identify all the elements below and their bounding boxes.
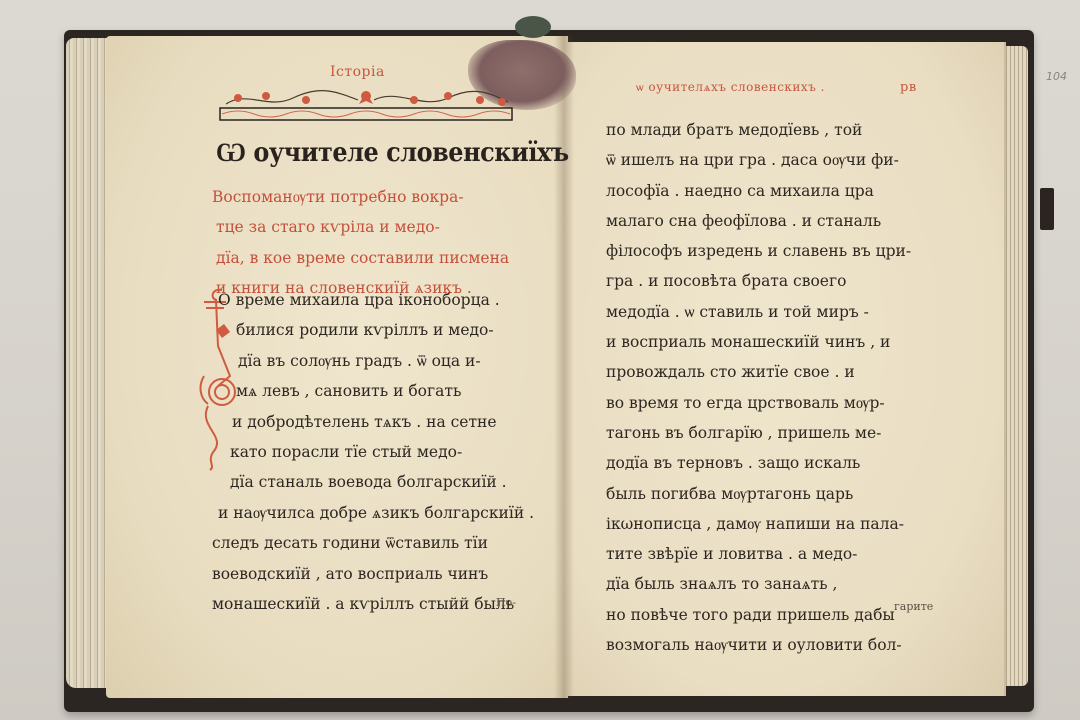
text-line: возмогаль наѹчити и оуловити бол- xyxy=(606,630,911,660)
rubric-line: Воспоманѹти потребно вокра- xyxy=(212,182,509,212)
text-line: дїа быль знаѧлъ то занаѧть , xyxy=(606,569,911,599)
text-line: гра . и посовѣта брата своего xyxy=(606,266,911,296)
text-line: билися родили кѵріллъ и медо- xyxy=(218,315,534,345)
text-line: быль погибва мѹртагонь царь xyxy=(606,479,911,509)
right-page-number: рв xyxy=(900,80,917,95)
page-tab-marker xyxy=(1040,188,1054,230)
text-line: и добродѣтелень тѧкъ . на сетне xyxy=(218,407,534,437)
left-body-text: О време михаила цра іконоборца . билися … xyxy=(218,285,534,619)
text-line: малаго сна феофїлова . и станаль xyxy=(606,206,911,236)
folio-number: 104 xyxy=(1046,70,1067,83)
rubric-line: дїа, в кое време составили писмена xyxy=(212,243,509,273)
text-line: провождаль сто житїе свое . и xyxy=(606,357,911,387)
text-line: воеводскиїй , ато восприаль чинъ xyxy=(212,559,534,589)
text-line: монашескиїй . а кѵріллъ стыйй быль xyxy=(212,589,534,619)
text-line: мѧ левъ , сановить и богать xyxy=(218,376,534,406)
text-line: ѿ ишелъ на цри гра . даса оѹчи фи- xyxy=(606,145,911,175)
text-line: ікωнописца , дамѹ напиши на пала- xyxy=(606,509,911,539)
text-line: следъ десать години ѿставиль тїи xyxy=(212,528,534,558)
left-running-head: Історіа xyxy=(330,64,385,80)
text-line: като порасли тїе стый медо- xyxy=(218,437,534,467)
text-line: лософїа . наедно са михаила цра xyxy=(606,176,911,206)
rubric-line: тце за стаго кѵріла и медо- xyxy=(212,212,509,242)
right-body-text: по млади братъ медодїевь , той ѿ ишелъ н… xyxy=(606,115,911,660)
text-line: и наѹчилса добре ѧзикъ болгарскиїй . xyxy=(218,498,534,528)
text-line: по млади братъ медодїевь , той xyxy=(606,115,911,145)
clasp-fragment xyxy=(515,16,551,38)
text-line: во время то егда црствоваль мѹр- xyxy=(606,388,911,418)
book-gutter xyxy=(554,36,574,698)
text-line: тагонь въ болгарїю , пришель ме- xyxy=(606,418,911,448)
text-line: дїа въ солѹнь градъ . ѿ оца и- xyxy=(218,346,534,376)
page-edges-right xyxy=(1003,46,1028,686)
left-catchword: По- xyxy=(496,596,516,609)
right-running-head: ѡ оучителѧхъ словенскихъ . xyxy=(636,80,825,95)
floral-headpiece-ornament xyxy=(218,88,514,124)
right-catchword: гарите xyxy=(894,600,933,613)
text-line: и восприаль монашескиїй чинъ , и xyxy=(606,327,911,357)
text-line: філософъ изредень и славень въ цри- xyxy=(606,236,911,266)
text-line: медодїа . ѡ ставиль и той миръ - xyxy=(606,297,911,327)
chapter-title: Ѡ оучителе словенскиїхъ xyxy=(216,138,569,168)
text-line: дїа станаль воевода болгарскиїй . xyxy=(218,467,534,497)
text-line: но повѣче того ради пришель дабы xyxy=(606,600,911,630)
text-line: додїа въ терновъ . защо искаль xyxy=(606,448,911,478)
text-line: тите звѣрїе и ловитва . а медо- xyxy=(606,539,911,569)
text-line: О време михаила цра іконоборца . xyxy=(218,285,534,315)
